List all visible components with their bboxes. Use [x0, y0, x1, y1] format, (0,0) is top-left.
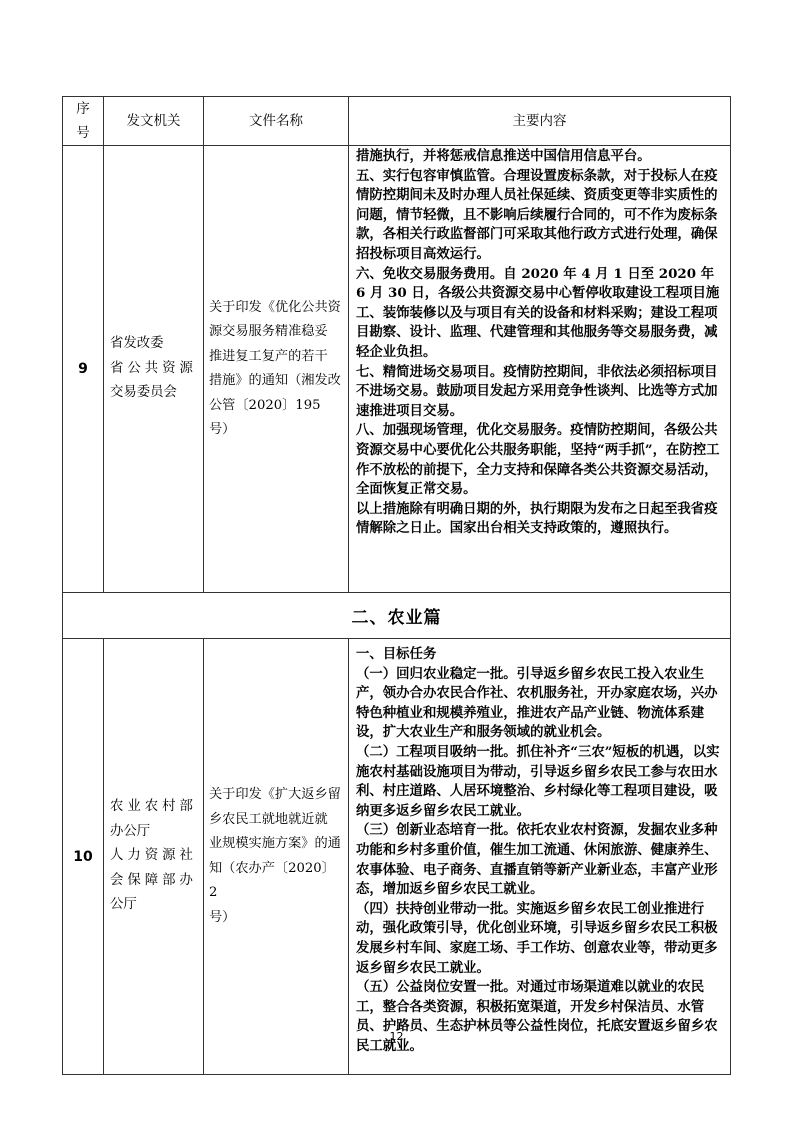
content-paragraph: 以上措施除有明确日期的外，执行期限为发布之日起至我省疫情解除之日止。国家出台相关… [356, 500, 724, 539]
table-header-row: 序 号 发文机关 文件名称 主要内容 [63, 97, 731, 146]
row-document-title: 关于印发《优化公共资 源交易服务精准稳妥 推进复工复产的若干 措施》的通知（湘发… [204, 146, 349, 593]
issuer-line: 省发改委 [110, 332, 197, 357]
header-main-content: 主要内容 [349, 97, 731, 146]
content-paragraph: （二）工程项目吸纳一批。抓住补齐“三农”短板的机遇，以实施农村基础设施项目为带动… [356, 743, 724, 821]
header-serial-number: 序 号 [63, 97, 104, 146]
row-issuer: 省发改委 省公共资源 交易委员会 [104, 146, 204, 593]
content-paragraph: （四）扶持创业带动一批。实施返乡留乡农民工创业推进行动，强化政策引导，优化创业环… [356, 900, 724, 978]
header-serial-line1: 序 [63, 97, 103, 121]
issuer-line: 会保障部办 [110, 869, 197, 894]
title-line: 公管〔2020〕195 号） [209, 394, 343, 443]
policy-table: 序 号 发文机关 文件名称 主要内容 9 省发改委 省公共资源 交易委员会 关于… [62, 96, 731, 1075]
section-header-row: 二、农业篇 [63, 593, 731, 639]
content-paragraph: （三）创新业态培育一批。依托农业农村资源，发掘农业多种功能和乡村多重价值，催生加… [356, 821, 724, 899]
issuer-line: 公厅 [110, 893, 197, 918]
issuer-line: 交易委员会 [110, 381, 197, 406]
title-line: 关于印发《优化公共资 [209, 296, 343, 321]
content-paragraph: （五）公益岗位安置一批。对通过市场渠道难以就业的农民工，整合各类资源，积极拓宽渠… [356, 978, 724, 1056]
title-line: 业规模实施方案》的通 [209, 832, 343, 857]
section-title: 二、农业篇 [63, 593, 731, 639]
content-paragraph: 八、加强现场管理，优化交易服务。疫情防控期间，各级公共资源交易中心要优化公共服务… [356, 421, 724, 499]
row-serial-number: 9 [63, 146, 104, 593]
header-issuer: 发文机关 [104, 97, 204, 146]
issuer-line: 人力资源社 [110, 844, 197, 869]
issuer-line: 办公厅 [110, 820, 197, 845]
content-paragraph: 六、免收交易服务费用。自 2020 年 4 月 1 日至 2020 年 6 月 … [356, 265, 724, 363]
title-line: 号） [209, 906, 343, 931]
title-line: 源交易服务精准稳妥 [209, 320, 343, 345]
content-paragraph: 一、目标任务 [356, 645, 724, 665]
header-serial-line2: 号 [63, 121, 103, 145]
title-line: 关于印发《扩大返乡留 [209, 783, 343, 808]
content-paragraph: 七、精简进场交易项目。疫情防控期间，非依法必须招标项目不进场交易。鼓励项目发起方… [356, 363, 724, 422]
title-line: 推进复工复产的若干 [209, 345, 343, 370]
header-document-title: 文件名称 [204, 97, 349, 146]
row-main-content: 措施执行，并将惩戒信息推送中国信用信息平台。 五、实行包容审慎监管。合理设置废标… [349, 146, 731, 593]
row-serial-number: 10 [63, 639, 104, 1075]
table-row: 10 农业农村部 办公厅 人力资源社 会保障部办 公厅 关于印发《扩大返乡留 乡… [63, 639, 731, 1075]
row-issuer: 农业农村部 办公厅 人力资源社 会保障部办 公厅 [104, 639, 204, 1075]
title-line: 乡农民工就地就近就 [209, 808, 343, 833]
row-main-content: 一、目标任务 （一）回归农业稳定一批。引导返乡留乡农民工投入农业生产，领办合办农… [349, 639, 731, 1075]
issuer-line: 农业农村部 [110, 795, 197, 820]
page-number: 12 [0, 1030, 793, 1043]
content-paragraph: 五、实行包容审慎监管。合理设置废标条款，对于投标人在疫情防控期间未及时办理人员社… [356, 167, 724, 265]
content-paragraph: 措施执行，并将惩戒信息推送中国信用信息平台。 [356, 147, 724, 167]
title-line: 知（农办产〔2020〕2 [209, 857, 343, 906]
table-row: 9 省发改委 省公共资源 交易委员会 关于印发《优化公共资 源交易服务精准稳妥 … [63, 146, 731, 593]
content-paragraph: （一）回归农业稳定一批。引导返乡留乡农民工投入农业生产，领办合办农民合作社、农机… [356, 665, 724, 743]
title-line: 措施》的通知（湘发改 [209, 369, 343, 394]
row-document-title: 关于印发《扩大返乡留 乡农民工就地就近就 业规模实施方案》的通 知（农办产〔20… [204, 639, 349, 1075]
issuer-line: 省公共资源 [110, 357, 197, 382]
